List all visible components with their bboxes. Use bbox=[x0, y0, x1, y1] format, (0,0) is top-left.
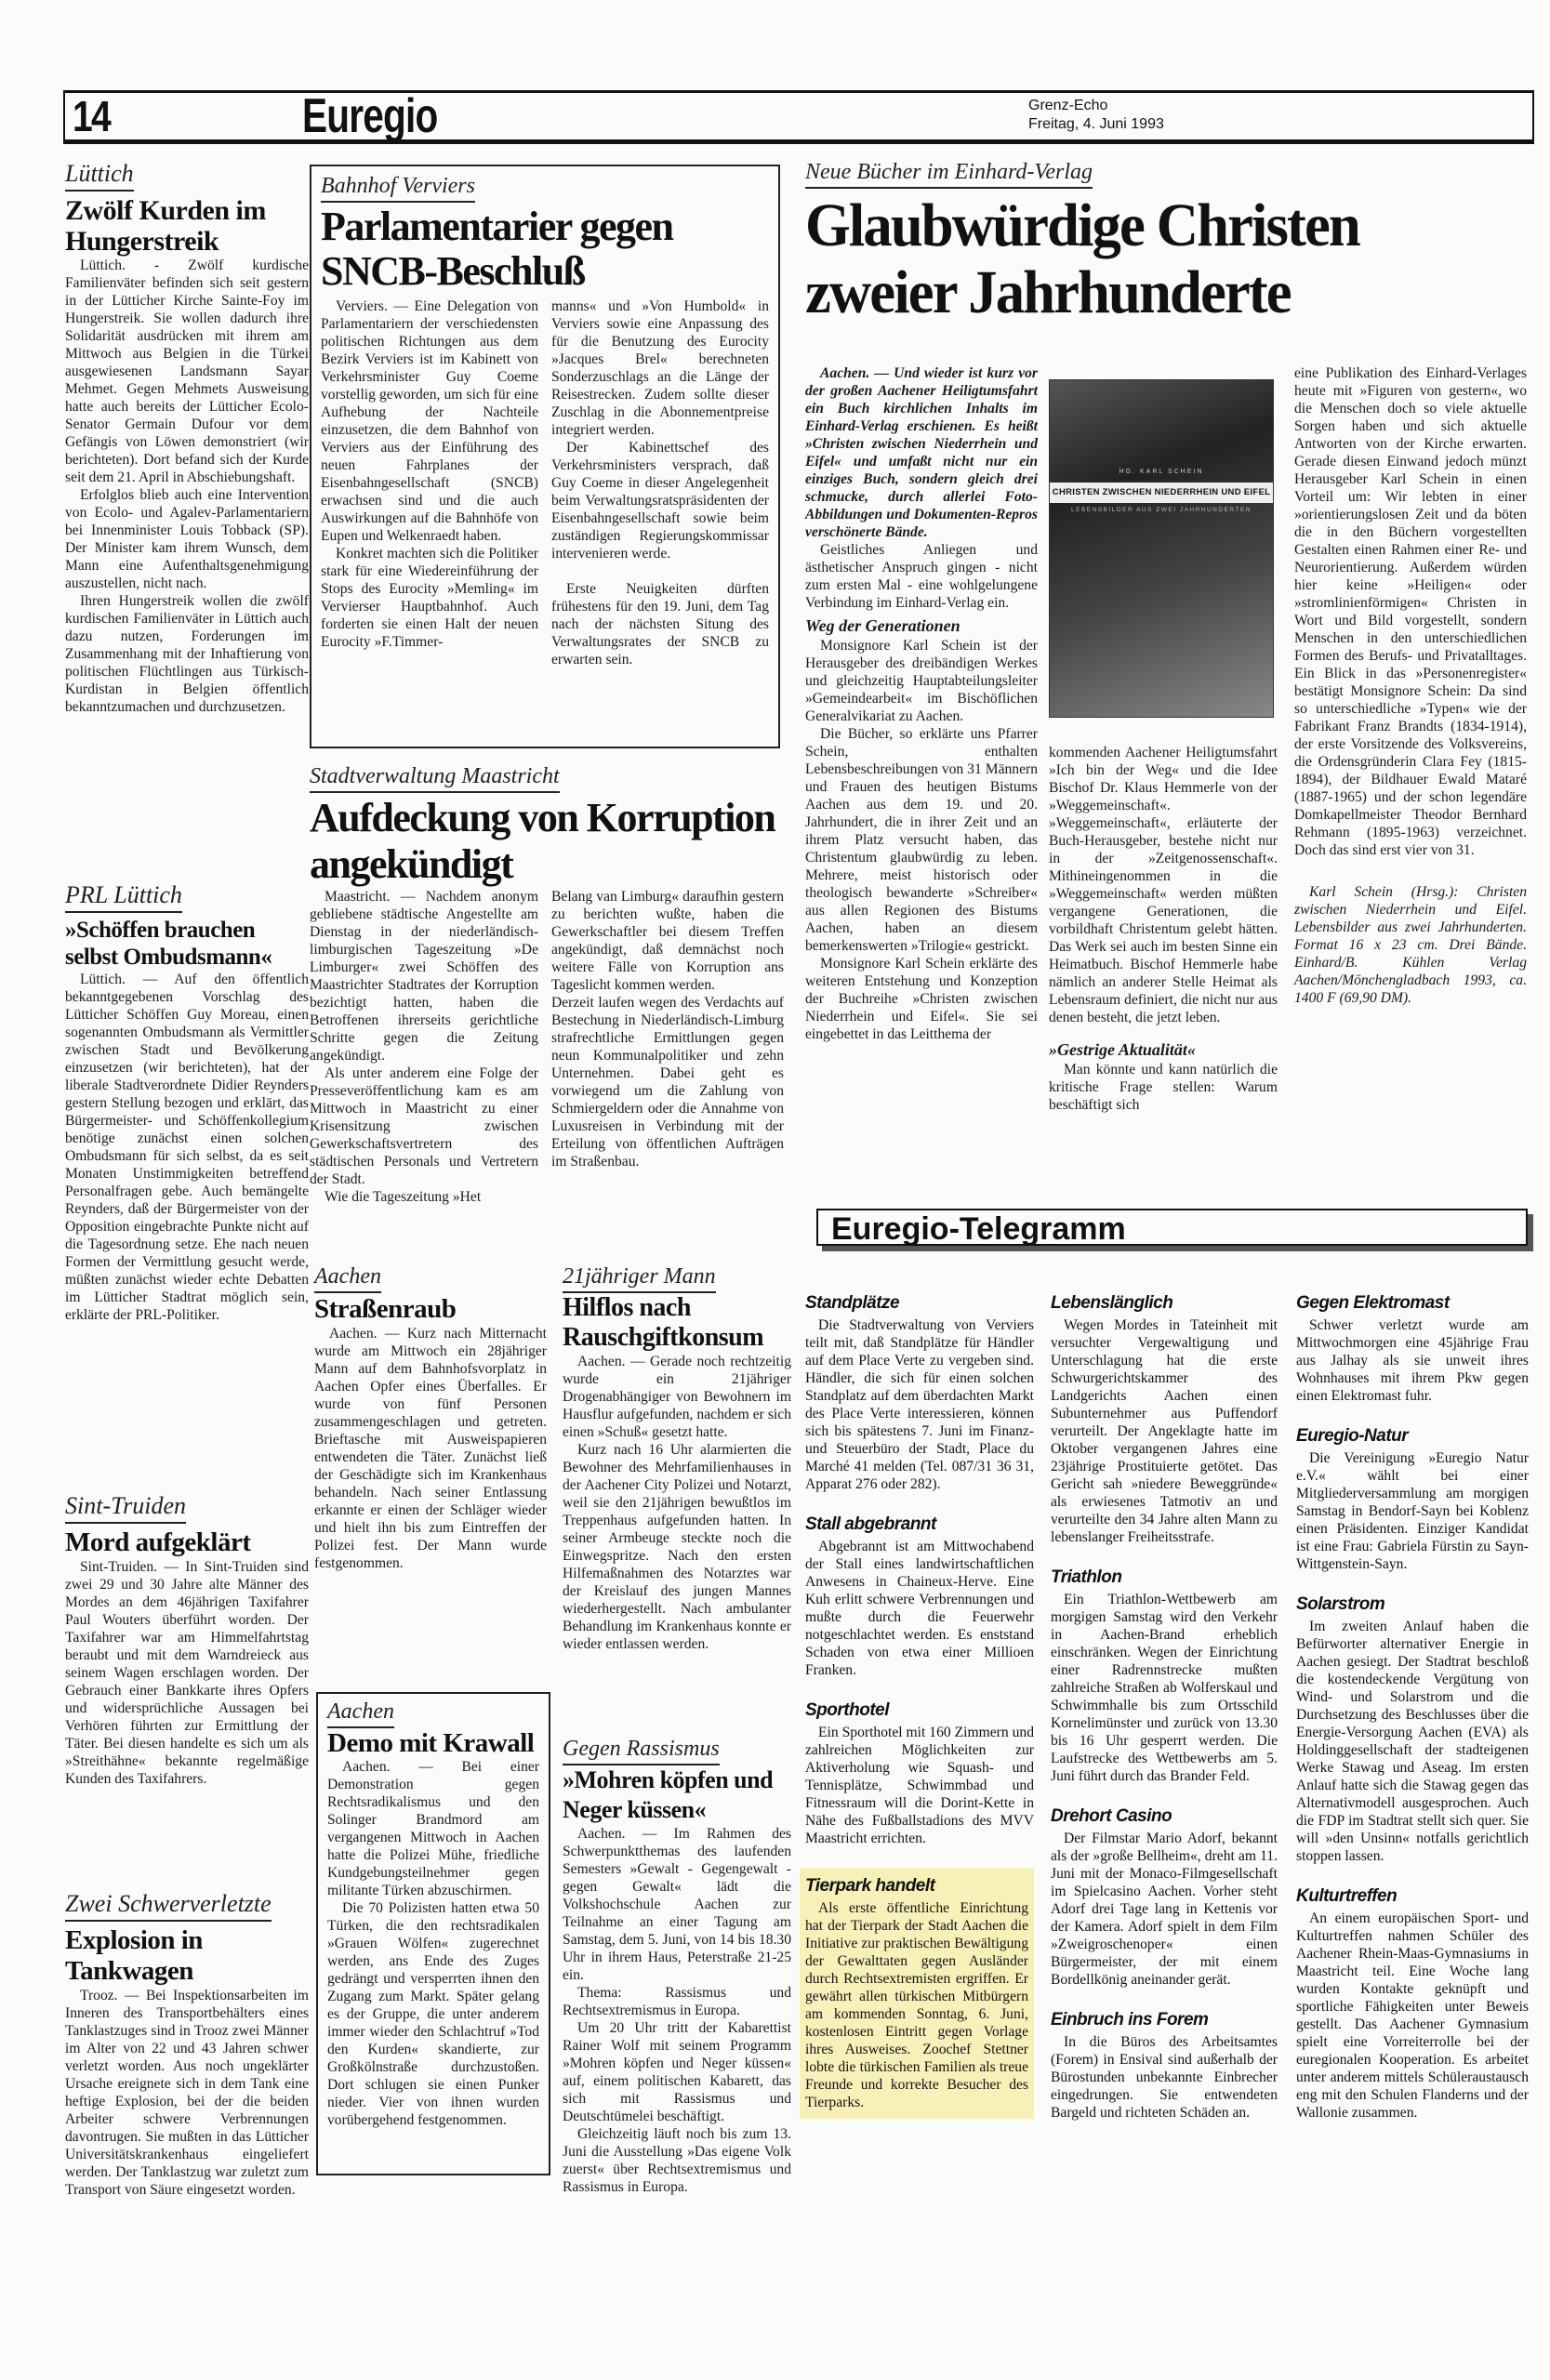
article-kicker: Lüttich bbox=[65, 160, 134, 192]
telegramm-item-title: Stall abgebrannt bbox=[805, 1514, 1034, 1536]
telegramm-item: Standplätze Die Stadtverwaltung von Verv… bbox=[805, 1292, 1034, 1493]
article-headline: Straßenraub bbox=[314, 1293, 547, 1325]
article-kicker: 21jähriger Mann bbox=[563, 1264, 716, 1293]
telegramm-item: Triathlon Ein Triathlon-Wettbewerb am mo… bbox=[1051, 1567, 1278, 1785]
telegramm-item: Drehort Casino Der Filmstar Mario Adorf,… bbox=[1051, 1805, 1278, 1989]
telegramm-item: Euregio-Natur Die Vereinigung »Euregio N… bbox=[1296, 1425, 1529, 1573]
paragraph: Erfolglos blieb auch eine Intervention v… bbox=[65, 486, 309, 592]
article-body: Aachen. — Gerade noch rechtzeitig wurde … bbox=[563, 1353, 791, 1653]
article-lead: Aachen. — Und wieder ist kurz vor der gr… bbox=[805, 364, 1038, 541]
article-headline: Explosion in Tankwagen bbox=[65, 1925, 309, 1987]
paragraph: manns« und »Von Humbold« in Verviers sow… bbox=[551, 297, 769, 439]
article-headline: Hilflos nach Rauschgiftkonsum bbox=[563, 1293, 791, 1353]
paragraph: Aachen. — Bei einer Demonstration gegen … bbox=[327, 1758, 539, 1899]
telegramm-column-2: Lebenslänglich Wegen Mordes in Tateinhei… bbox=[1051, 1292, 1278, 2142]
paragraph: Wie die Tageszeitung »Het bbox=[310, 1188, 538, 1206]
masthead-info: Grenz-Echo Freitag, 4. Juni 1993 bbox=[1028, 97, 1164, 134]
telegramm-item-text: Abgebrannt ist am Mittwochabend der Stal… bbox=[805, 1538, 1034, 1679]
telegramm-item-title: Solarstrom bbox=[1296, 1593, 1529, 1616]
article-kicker: Bahnhof Verviers bbox=[321, 174, 475, 203]
paragraph: Die 70 Polizisten hatten etwa 50 Türken,… bbox=[327, 1899, 539, 2129]
paragraph: Trooz. — Bei Inspektionsarbeiten im Inne… bbox=[65, 1987, 309, 2199]
paragraph: Thema: Rassismus und Rechtsextremismus i… bbox=[563, 1984, 791, 2019]
telegramm-title: Euregio-Telegramm bbox=[816, 1209, 1528, 1246]
telegramm-column-3: Gegen Elektromast Schwer verletzt wurde … bbox=[1296, 1292, 1529, 2142]
article-hilflos: 21jähriger Mann Hilflos nach Rauschgiftk… bbox=[563, 1264, 791, 1653]
article-demo: Aachen Demo mit Krawall Aachen. — Bei ei… bbox=[316, 1692, 550, 2175]
paragraph: Aachen. — Gerade noch rechtzeitig wurde … bbox=[563, 1353, 791, 1441]
telegramm-item: Einbruch ins Forem In die Büros des Arbe… bbox=[1051, 2009, 1278, 2122]
paragraph: Lüttich. — Auf den öffentlich bekanntgeg… bbox=[65, 971, 309, 1324]
article-headline: Zwölf Kurden im Hungerstreik bbox=[65, 195, 309, 257]
telegramm-item-text: Der Filmstar Mario Adorf, bekannt als de… bbox=[1051, 1830, 1278, 1989]
paragraph: Sint-Truiden. — In Sint-Truiden sind zwe… bbox=[65, 1558, 309, 1788]
paragraph: Lüttich. - Zwölf kurdische Familienväter… bbox=[65, 257, 309, 486]
article-headline: Demo mit Krawall bbox=[327, 1728, 539, 1758]
telegramm-item-title: Kulturtreffen bbox=[1296, 1885, 1529, 1908]
article-column: manns« und »Von Humbold« in Verviers sow… bbox=[551, 297, 769, 668]
telegramm-item: Solarstrom Im zweiten Anlauf haben die B… bbox=[1296, 1593, 1529, 1865]
paragraph: Aachen. — Kurz nach Mitternacht wurde am… bbox=[314, 1325, 547, 1572]
article-sncb: Bahnhof Verviers Parlamentarier gegen SN… bbox=[310, 165, 780, 748]
article-body: Sint-Truiden. — In Sint-Truiden sind zwe… bbox=[65, 1558, 309, 1788]
telegramm-item-text: Schwer verletzt wurde am Mittwochmorgen … bbox=[1296, 1316, 1529, 1405]
christen-column-1: Aachen. — Und wieder ist kurz vor der gr… bbox=[805, 364, 1038, 1043]
paragraph: Verviers. — Eine Delegation von Parlamen… bbox=[321, 297, 538, 545]
telegramm-item-highlighted: Tierpark handelt Als erste öffentliche E… bbox=[800, 1868, 1034, 2119]
article-kurden: Lüttich Zwölf Kurden im Hungerstreik Lüt… bbox=[65, 160, 309, 716]
article-column: Verviers. — Eine Delegation von Parlamen… bbox=[321, 297, 538, 668]
paragraph: Gleichzeitig läuft noch bis zum 13. Juni… bbox=[563, 2125, 791, 2196]
paragraph: Ihren Hungerstreik wollen die zwölf kurd… bbox=[65, 592, 309, 716]
article-headline: »Mohren köpfen und Neger küssen« bbox=[563, 1765, 791, 1825]
section-title: Euregio bbox=[302, 93, 438, 139]
article-kicker: Aachen bbox=[327, 1699, 394, 1728]
paragraph: Aachen. — Im Rahmen des Schwerpunktthema… bbox=[563, 1825, 791, 1984]
telegramm-item: Gegen Elektromast Schwer verletzt wurde … bbox=[1296, 1292, 1529, 1405]
book-cover-subtitle: LEBENSBILDER AUS ZWEI JAHRHUNDERTEN bbox=[1050, 505, 1273, 516]
telegramm-item-text: Die Vereinigung »Euregio Natur e.V.« wäh… bbox=[1296, 1449, 1529, 1573]
subheading: »Gestrige Aktualität« bbox=[1049, 1041, 1278, 1059]
telegramm-item-text: In die Büros des Arbeitsamtes (Forem) in… bbox=[1051, 2033, 1278, 2122]
paragraph: eine Publikation des Einhard-Verlages he… bbox=[1294, 364, 1527, 859]
article-christen: Neue Bücher im Einhard-Verlag Glaubwürdi… bbox=[805, 160, 1530, 326]
article-body: Lüttich. - Zwölf kurdische Familienväter… bbox=[65, 257, 309, 716]
paragraph: Die Bücher, so erklärte uns Pfarrer Sche… bbox=[805, 725, 1038, 955]
paragraph: Monsignore Karl Schein ist der Herausgeb… bbox=[805, 637, 1038, 725]
article-rassismus: Gegen Rassismus »Mohren köpfen und Neger… bbox=[563, 1737, 791, 2196]
telegramm-item-title: Drehort Casino bbox=[1051, 1805, 1278, 1828]
article-kicker: Zwei Schwerverletzte bbox=[65, 1890, 272, 1922]
article-kicker: Neue Bücher im Einhard-Verlag bbox=[805, 160, 1093, 189]
article-column: Belang van Limburg« daraufhin gestern zu… bbox=[551, 888, 784, 1206]
telegramm-item-title: Gegen Elektromast bbox=[1296, 1292, 1529, 1315]
telegramm-item-title: Standplätze bbox=[805, 1292, 1034, 1315]
article-kicker: Gegen Rassismus bbox=[563, 1737, 720, 1765]
telegramm-item-text: An einem europäischen Sport- und Kulturt… bbox=[1296, 1910, 1529, 2122]
article-kicker: Aachen bbox=[314, 1264, 381, 1293]
telegramm-item-text: Als erste öffentliche Einrichtung hat de… bbox=[805, 1899, 1028, 2111]
article-body: Trooz. — Bei Inspektionsarbeiten im Inne… bbox=[65, 1987, 309, 2199]
article-explosion: Zwei Schwerverletzte Explosion in Tankwa… bbox=[65, 1890, 309, 2199]
article-headline: Parlamentarier gegen SNCB-Beschluß bbox=[321, 205, 769, 294]
article-headline: Aufdeckung von Korruption angekündigt bbox=[310, 795, 786, 888]
telegramm-item-text: Ein Sporthotel mit 160 Zimmern und zahlr… bbox=[805, 1724, 1034, 1847]
masthead: 14 Euregio Grenz-Echo Freitag, 4. Juni 1… bbox=[63, 90, 1534, 144]
paragraph: Derzeit laufen wegen des Verdachts auf B… bbox=[551, 994, 784, 1170]
article-body: Aachen. — Bei einer Demonstration gegen … bbox=[327, 1758, 539, 2129]
article-korruption: Stadtverwaltung Maastricht Aufdeckung vo… bbox=[310, 764, 786, 1206]
article-kicker: PRL Lüttich bbox=[65, 881, 182, 913]
paragraph: Kurz nach 16 Uhr alarmierten die Bewohne… bbox=[563, 1441, 791, 1653]
article-strassenraub: Aachen Straßenraub Aachen. — Kurz nach M… bbox=[314, 1264, 547, 1572]
telegramm-item: Kulturtreffen An einem europäischen Spor… bbox=[1296, 1885, 1529, 2122]
book-cover-author: HG. KARL SCHEIN bbox=[1050, 466, 1273, 479]
telegramm-item: Stall abgebrannt Abgebrannt ist am Mittw… bbox=[805, 1514, 1034, 1679]
article-body: Aachen. — Im Rahmen des Schwerpunktthema… bbox=[563, 1825, 791, 2196]
telegramm-item-text: Im zweiten Anlauf haben die Befürworter … bbox=[1296, 1618, 1529, 1865]
book-cover-title: CHRISTEN ZWISCHEN NIEDERRHEIN UND EIFEL bbox=[1050, 483, 1273, 503]
paragraph: Erste Neuigkeiten dürften frühestens für… bbox=[551, 580, 769, 668]
telegramm-item-title: Triathlon bbox=[1051, 1567, 1278, 1589]
telegramm-item-title: Sporthotel bbox=[805, 1699, 1034, 1722]
telegramm-item-title: Tierpark handelt bbox=[805, 1875, 1028, 1897]
article-column: Maastricht. — Nachdem anonym gebliebene … bbox=[310, 888, 538, 1206]
newspaper-name: Grenz-Echo bbox=[1028, 97, 1164, 115]
paragraph: Konkret machten sich die Politiker stark… bbox=[321, 545, 538, 651]
paragraph: Um 20 Uhr tritt der Kabarettist Rainer W… bbox=[563, 2019, 791, 2125]
telegramm-item-text: Die Stadtverwaltung von Verviers teilt m… bbox=[805, 1316, 1034, 1493]
telegramm-item: Lebenslänglich Wegen Mordes in Tateinhei… bbox=[1051, 1292, 1278, 1546]
article-body: Lüttich. — Auf den öffentlich bekanntgeg… bbox=[65, 971, 309, 1324]
article-headline: Mord aufgeklärt bbox=[65, 1527, 309, 1558]
book-cover-image: HG. KARL SCHEIN CHRISTEN ZWISCHEN NIEDER… bbox=[1049, 379, 1274, 718]
article-body: Aachen. — Kurz nach Mitternacht wurde am… bbox=[314, 1325, 547, 1572]
telegramm-item-text: Ein Triathlon-Wettbewerb am morgigen Sam… bbox=[1051, 1591, 1278, 1785]
paragraph: Monsignore Karl Schein erklärte des weit… bbox=[805, 955, 1038, 1043]
article-mord: Sint-Truiden Mord aufgeklärt Sint-Truide… bbox=[65, 1492, 309, 1788]
issue-date: Freitag, 4. Juni 1993 bbox=[1028, 115, 1164, 134]
article-kicker: Stadtverwaltung Maastricht bbox=[310, 764, 560, 793]
paragraph: Man könnte und kann natürlich die kritis… bbox=[1049, 1061, 1278, 1114]
christen-column-2: kommenden Aachener Heiligtumsfahrt »Ich … bbox=[1049, 744, 1278, 1114]
paragraph: Belang van Limburg« daraufhin gestern zu… bbox=[551, 888, 784, 994]
telegramm-column-1: Standplätze Die Stadtverwaltung von Verv… bbox=[805, 1292, 1034, 2139]
article-headline: »Schöffen brauchen selbst Ombudsmann« bbox=[65, 917, 309, 971]
article-schoeffen: PRL Lüttich »Schöffen brauchen selbst Om… bbox=[65, 881, 309, 1324]
telegramm-item-title: Lebenslänglich bbox=[1051, 1292, 1278, 1315]
paragraph: Der Kabinettschef des Verkehrsministers … bbox=[551, 439, 769, 562]
article-headline: Glaubwürdige Christen zweier Jahrhundert… bbox=[805, 192, 1494, 326]
telegramm-item: Sporthotel Ein Sporthotel mit 160 Zimmer… bbox=[805, 1699, 1034, 1847]
paragraph: Geistliches Anliegen und ästhetischer An… bbox=[805, 541, 1038, 612]
christen-column-3: eine Publikation des Einhard-Verlages he… bbox=[1294, 364, 1527, 1007]
telegramm-item-title: Einbruch ins Forem bbox=[1051, 2009, 1278, 2031]
book-info: Karl Schein (Hrsg.): Christen zwischen N… bbox=[1294, 883, 1527, 1007]
telegramm-item-title: Euregio-Natur bbox=[1296, 1425, 1529, 1448]
paragraph: Maastricht. — Nachdem anonym gebliebene … bbox=[310, 888, 538, 1064]
subheading: Weg der Generationen bbox=[805, 617, 1038, 635]
page-number: 14 bbox=[73, 93, 110, 139]
paragraph: Als unter anderem eine Folge der Pressev… bbox=[310, 1064, 538, 1188]
paragraph: kommenden Aachener Heiligtumsfahrt »Ich … bbox=[1049, 744, 1278, 1026]
telegramm-item-text: Wegen Mordes in Tateinheit mit versuchte… bbox=[1051, 1316, 1278, 1546]
article-kicker: Sint-Truiden bbox=[65, 1492, 186, 1524]
